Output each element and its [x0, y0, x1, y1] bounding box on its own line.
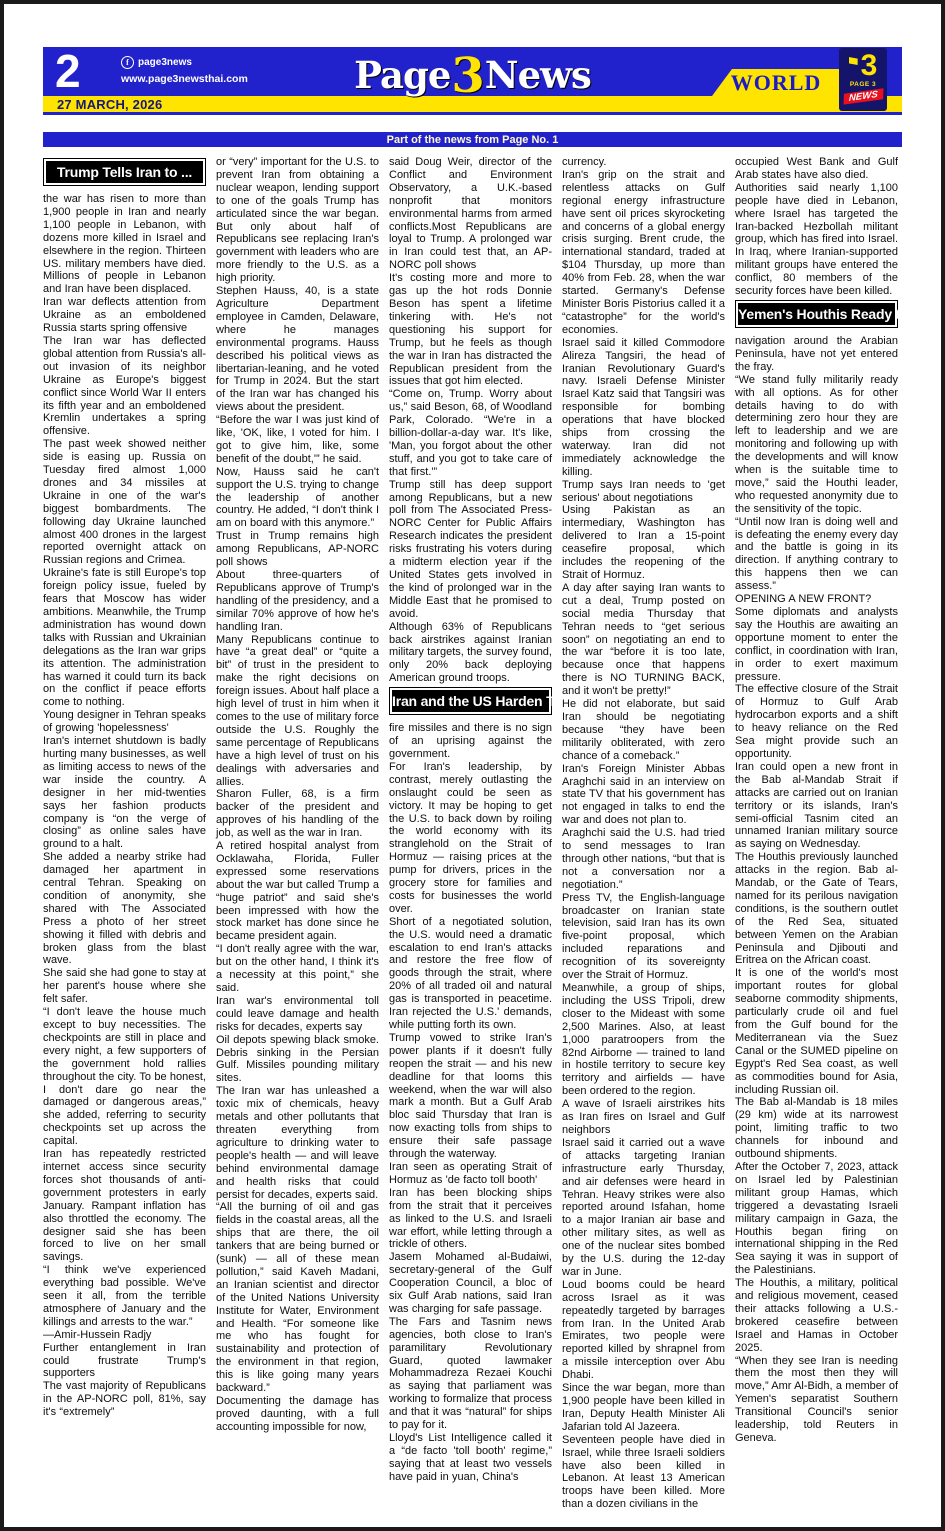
article-paragraph: Young designer in Tehran speaks of growi…: [43, 709, 206, 735]
masthead-left: Page: [354, 53, 450, 97]
article-paragraph: Iran's grip on the strait and relentless…: [562, 169, 725, 337]
article-paragraph: currency.: [562, 156, 725, 169]
column-4: currency.Iran's grip on the strait and r…: [562, 156, 725, 1511]
article-paragraph: Araghchi said the U.S. had tried to send…: [562, 827, 725, 892]
article-paragraph: The effective closure of the Strait of H…: [735, 683, 898, 760]
masthead-right: News: [485, 53, 591, 97]
article-paragraph: The vast majority of Republicans in the …: [43, 1380, 206, 1419]
article-paragraph: It's costing more and more to gas up the…: [389, 272, 552, 388]
article-paragraph: The Houthis, a military, political and r…: [735, 1277, 898, 1354]
article-paragraph: Oil depots spewing black smoke. Debris s…: [216, 1034, 379, 1086]
article-paragraph: “I think we've experienced everything ba…: [43, 1264, 206, 1329]
article-paragraph: Iran has repeatedly restricted internet …: [43, 1148, 206, 1264]
article-paragraph: “We stand fully militarily ready with al…: [735, 374, 898, 516]
header-blue-bar: 2 f page3news www.page3newsthai.com Page…: [43, 47, 902, 96]
article-headline-text: Iran and the US Harden Their ...: [392, 690, 549, 712]
article-paragraph: occupied West Bank and Gulf Arab states …: [735, 156, 898, 182]
article-paragraph: For Iran's leadership, by contrast, mere…: [389, 761, 552, 916]
article-paragraph: or “very” important for the U.S. to prev…: [216, 156, 379, 285]
article-paragraph: She said she had gone to stay at her par…: [43, 967, 206, 1006]
logo-glyph-icon: [849, 57, 858, 65]
article-paragraph: Trump still has deep support among Repub…: [389, 479, 552, 621]
article-paragraph: Authorities said nearly 1,100 people hav…: [735, 182, 898, 298]
subheader-strip: Part of the news from Page No. 1: [43, 132, 902, 147]
article-paragraph: Short of a negotiated solution, the U.S.…: [389, 916, 552, 1032]
article-paragraph: the war has risen to more than 1,900 peo…: [43, 193, 206, 296]
article-paragraph: The Fars and Tasnim news agencies, both …: [389, 1316, 552, 1432]
article-paragraph: Iran has been blocking ships from the st…: [389, 1187, 552, 1252]
article-paragraph: Documenting the damage has proved daunti…: [216, 1395, 379, 1434]
article-paragraph: Ukraine's fate is still Europe's top for…: [43, 567, 206, 709]
column-5: occupied West Bank and Gulf Arab states …: [735, 156, 898, 1511]
article-paragraph: The Iran war has deflected global attent…: [43, 335, 206, 438]
article-paragraph: fire missiles and there is no sign of an…: [389, 722, 552, 761]
section-label: WORLD: [731, 70, 822, 96]
article-paragraph: Meanwhile, a group of ships, including t…: [562, 982, 725, 1098]
article-paragraph: A retired hospital analyst from Ocklawah…: [216, 840, 379, 943]
article-paragraph: “Until now Iran is doing well and is def…: [735, 516, 898, 593]
article-paragraph: The Bab al-Mandab is 18 miles (29 km) wi…: [735, 1096, 898, 1161]
article-paragraph: The Iran war has unleashed a toxic mix o…: [216, 1085, 379, 1201]
section-band: WORLD: [712, 69, 840, 96]
article-paragraph: A wave of Israeli airstrikes hits as Ira…: [562, 1098, 725, 1137]
article-paragraph: About three-quarters of Republicans appr…: [216, 569, 379, 634]
logo-news-banner: NEWS: [843, 88, 882, 104]
article-paragraph: Many Republicans continue to have “a gre…: [216, 634, 379, 789]
article-paragraph: Since the war began, more than 1,900 peo…: [562, 1382, 725, 1434]
article-paragraph: “I don't really agree with the war, but …: [216, 943, 379, 995]
article-columns: Trump Tells Iran to ...the war has risen…: [43, 156, 902, 1511]
article-paragraph: After the October 7, 2023, attack on Isr…: [735, 1161, 898, 1277]
article-paragraph: Iran's Foreign Minister Abbas Araghchi s…: [562, 763, 725, 828]
article-paragraph: The Houthis previously launched attacks …: [735, 851, 898, 967]
article-paragraph: Loud booms could be heard across Israel …: [562, 1279, 725, 1382]
newspaper-page: 2 f page3news www.page3newsthai.com Page…: [0, 0, 945, 1531]
article-paragraph: He did not elaborate, but said Iran shou…: [562, 698, 725, 763]
article-paragraph: Trust in Trump remains high among Republ…: [216, 530, 379, 569]
article-paragraph: Israel said it killed Commodore Alireza …: [562, 337, 725, 479]
article-paragraph: “All the burning of oil and gas fields i…: [216, 1201, 379, 1395]
article-paragraph: Iran war's environmental toll could leav…: [216, 995, 379, 1034]
article-headline-text: Trump Tells Iran to ...: [46, 161, 203, 183]
article-paragraph: It is one of the world's most important …: [735, 967, 898, 1096]
page3-logo: 3 PAGE 3 NEWS: [840, 49, 886, 110]
divider-line: [43, 112, 902, 115]
article-paragraph: Some diplomats and analysts say the Hout…: [735, 606, 898, 683]
article-paragraph: Using Pakistan as an intermediary, Washi…: [562, 504, 725, 581]
article-paragraph: said Doug Weir, director of the Conflict…: [389, 156, 552, 272]
masthead-header: 2 f page3news www.page3newsthai.com Page…: [43, 47, 902, 115]
article-paragraph: Jasem Mohamed al-Budaiwi, secretary-gene…: [389, 1251, 552, 1316]
article-headline-bar: Yemen's Houthis Ready to ...: [735, 300, 898, 328]
column-1: Trump Tells Iran to ...the war has risen…: [43, 156, 206, 1511]
column-2: or “very” important for the U.S. to prev…: [216, 156, 379, 1511]
article-headline-text: Yemen's Houthis Ready to ...: [738, 303, 895, 325]
article-paragraph: Iran's internet shutdown is badly hurtin…: [43, 735, 206, 851]
article-paragraph: OPENING A NEW FRONT?: [735, 593, 898, 606]
logo-number: 3: [861, 51, 878, 81]
column-3: said Doug Weir, director of the Conflict…: [389, 156, 552, 1511]
article-paragraph: —Amir-Hussein Radjy: [43, 1329, 206, 1342]
article-paragraph: Sharon Fuller, 68, is a firm backer of t…: [216, 788, 379, 840]
article-paragraph: Now, Hauss said he can't support the U.S…: [216, 466, 379, 531]
article-paragraph: “Before the war I was just kind of like,…: [216, 414, 379, 466]
article-paragraph: Further entanglement in Iran could frust…: [43, 1342, 206, 1381]
article-paragraph: “I don't leave the house much except to …: [43, 1006, 206, 1148]
article-paragraph: Trump vowed to strike Iran's power plant…: [389, 1032, 552, 1161]
article-paragraph: navigation around the Arabian Peninsula,…: [735, 335, 898, 374]
article-paragraph: “Come on, Trump. Worry about us,” said B…: [389, 388, 552, 478]
article-paragraph: Although 63% of Republicans back airstri…: [389, 621, 552, 686]
article-paragraph: Stephen Hauss, 40, is a state Agricultur…: [216, 285, 379, 414]
masthead-three: 3: [450, 48, 484, 104]
article-headline-bar: Iran and the US Harden Their ...: [389, 687, 552, 715]
article-paragraph: Trump says Iran needs to 'get serious' a…: [562, 479, 725, 505]
article-paragraph: A day after saying Iran wants to cut a d…: [562, 582, 725, 698]
strip-text: Part of the news from Page No. 1: [387, 134, 559, 146]
article-headline-bar: Trump Tells Iran to ...: [43, 158, 206, 186]
article-paragraph: Iran war deflects attention from Ukraine…: [43, 296, 206, 335]
article-paragraph: The past week showed neither side is eas…: [43, 438, 206, 567]
article-paragraph: She added a nearby strike had damaged he…: [43, 851, 206, 967]
logo-page-label: PAGE 3: [850, 81, 876, 88]
article-paragraph: Iran could open a new front in the Bab a…: [735, 761, 898, 851]
article-paragraph: Iran seen as operating Strait of Hormuz …: [389, 1161, 552, 1187]
article-paragraph: Lloyd's List Intelligence called it a “d…: [389, 1432, 552, 1484]
article-paragraph: Seventeen people have died in Israel, wh…: [562, 1434, 725, 1511]
article-paragraph: Israel said it carried out a wave of att…: [562, 1137, 725, 1279]
article-paragraph: “When they see Iran is needing them the …: [735, 1355, 898, 1445]
article-paragraph: Press TV, the English-language broadcast…: [562, 892, 725, 982]
